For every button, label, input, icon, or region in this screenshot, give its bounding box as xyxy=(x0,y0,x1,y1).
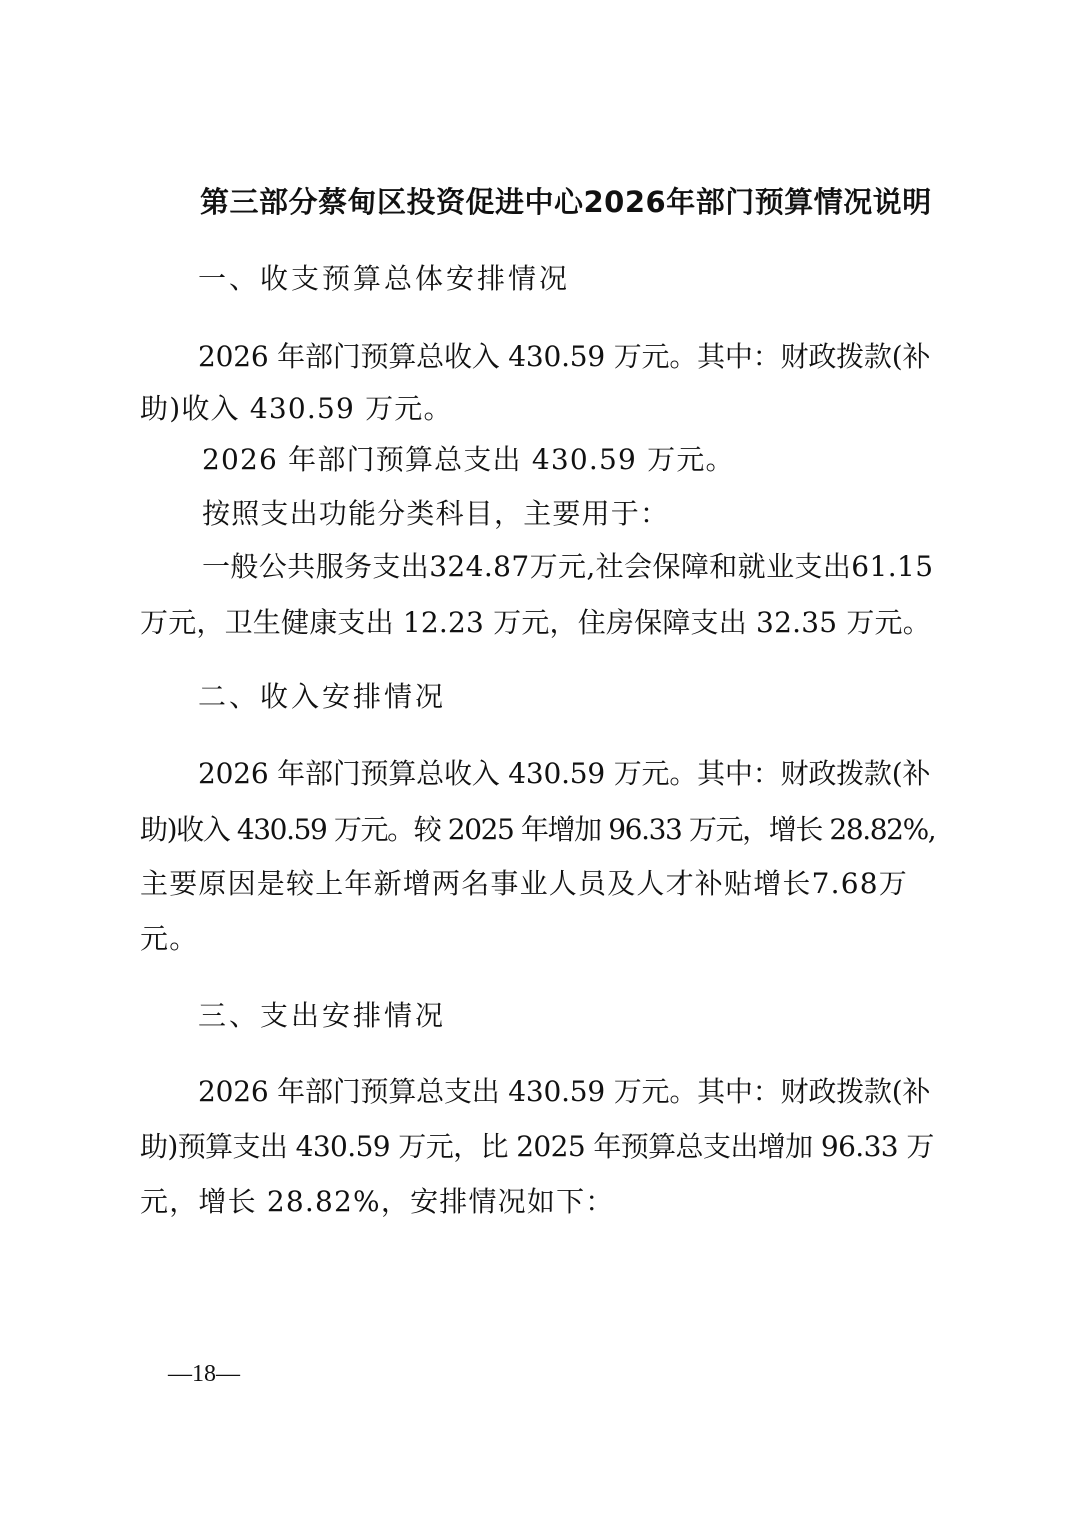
paragraph-line: 元，增长 28.82%，安排情况如下： xyxy=(140,1185,614,1219)
paragraph-line: 2026 年部门预算总收入 430.59 万元。其中：财政拨款(补 xyxy=(198,340,930,374)
paragraph-line: 万元，卫生健康支出 12.23 万元，住房保障支出 32.35 万元。 xyxy=(140,606,931,640)
section-heading-2: 二、收入安排情况 xyxy=(198,680,446,714)
paragraph-line: 一般公共服务支出324.87万元,社会保障和就业支出61.15 xyxy=(202,550,933,584)
paragraph-line: 按照支出功能分类科目，主要用于： xyxy=(202,497,669,531)
paragraph-line: 2026 年部门预算总收入 430.59 万元。其中：财政拨款(补 xyxy=(198,757,930,791)
paragraph-line: 元。 xyxy=(140,922,198,956)
paragraph-line: 助)预算支出 430.59 万元，比 2025 年预算总支出增加 96.33 万 xyxy=(140,1130,934,1164)
paragraph-line: 主要原因是较上年新增两名事业人员及人才补贴增长7.68万 xyxy=(140,867,908,901)
paragraph-line: 助)收入 430.59 万元。 xyxy=(140,392,453,426)
document-title: 第三部分蔡甸区投资促进中心2026年部门预算情况说明 xyxy=(200,185,932,219)
paragraph-line: 2026 年部门预算总支出 430.59 万元。其中：财政拨款(补 xyxy=(198,1075,930,1109)
paragraph-line: 2026 年部门预算总支出 430.59 万元。 xyxy=(202,443,735,477)
paragraph-line: 助)收入 430.59 万元。较 2025 年增加 96.33 万元，增长 28… xyxy=(140,813,935,847)
page-number: —18— xyxy=(168,1360,240,1388)
section-heading-1: 一、收支预算总体安排情况 xyxy=(198,262,570,296)
section-heading-3: 三、支出安排情况 xyxy=(198,999,446,1033)
